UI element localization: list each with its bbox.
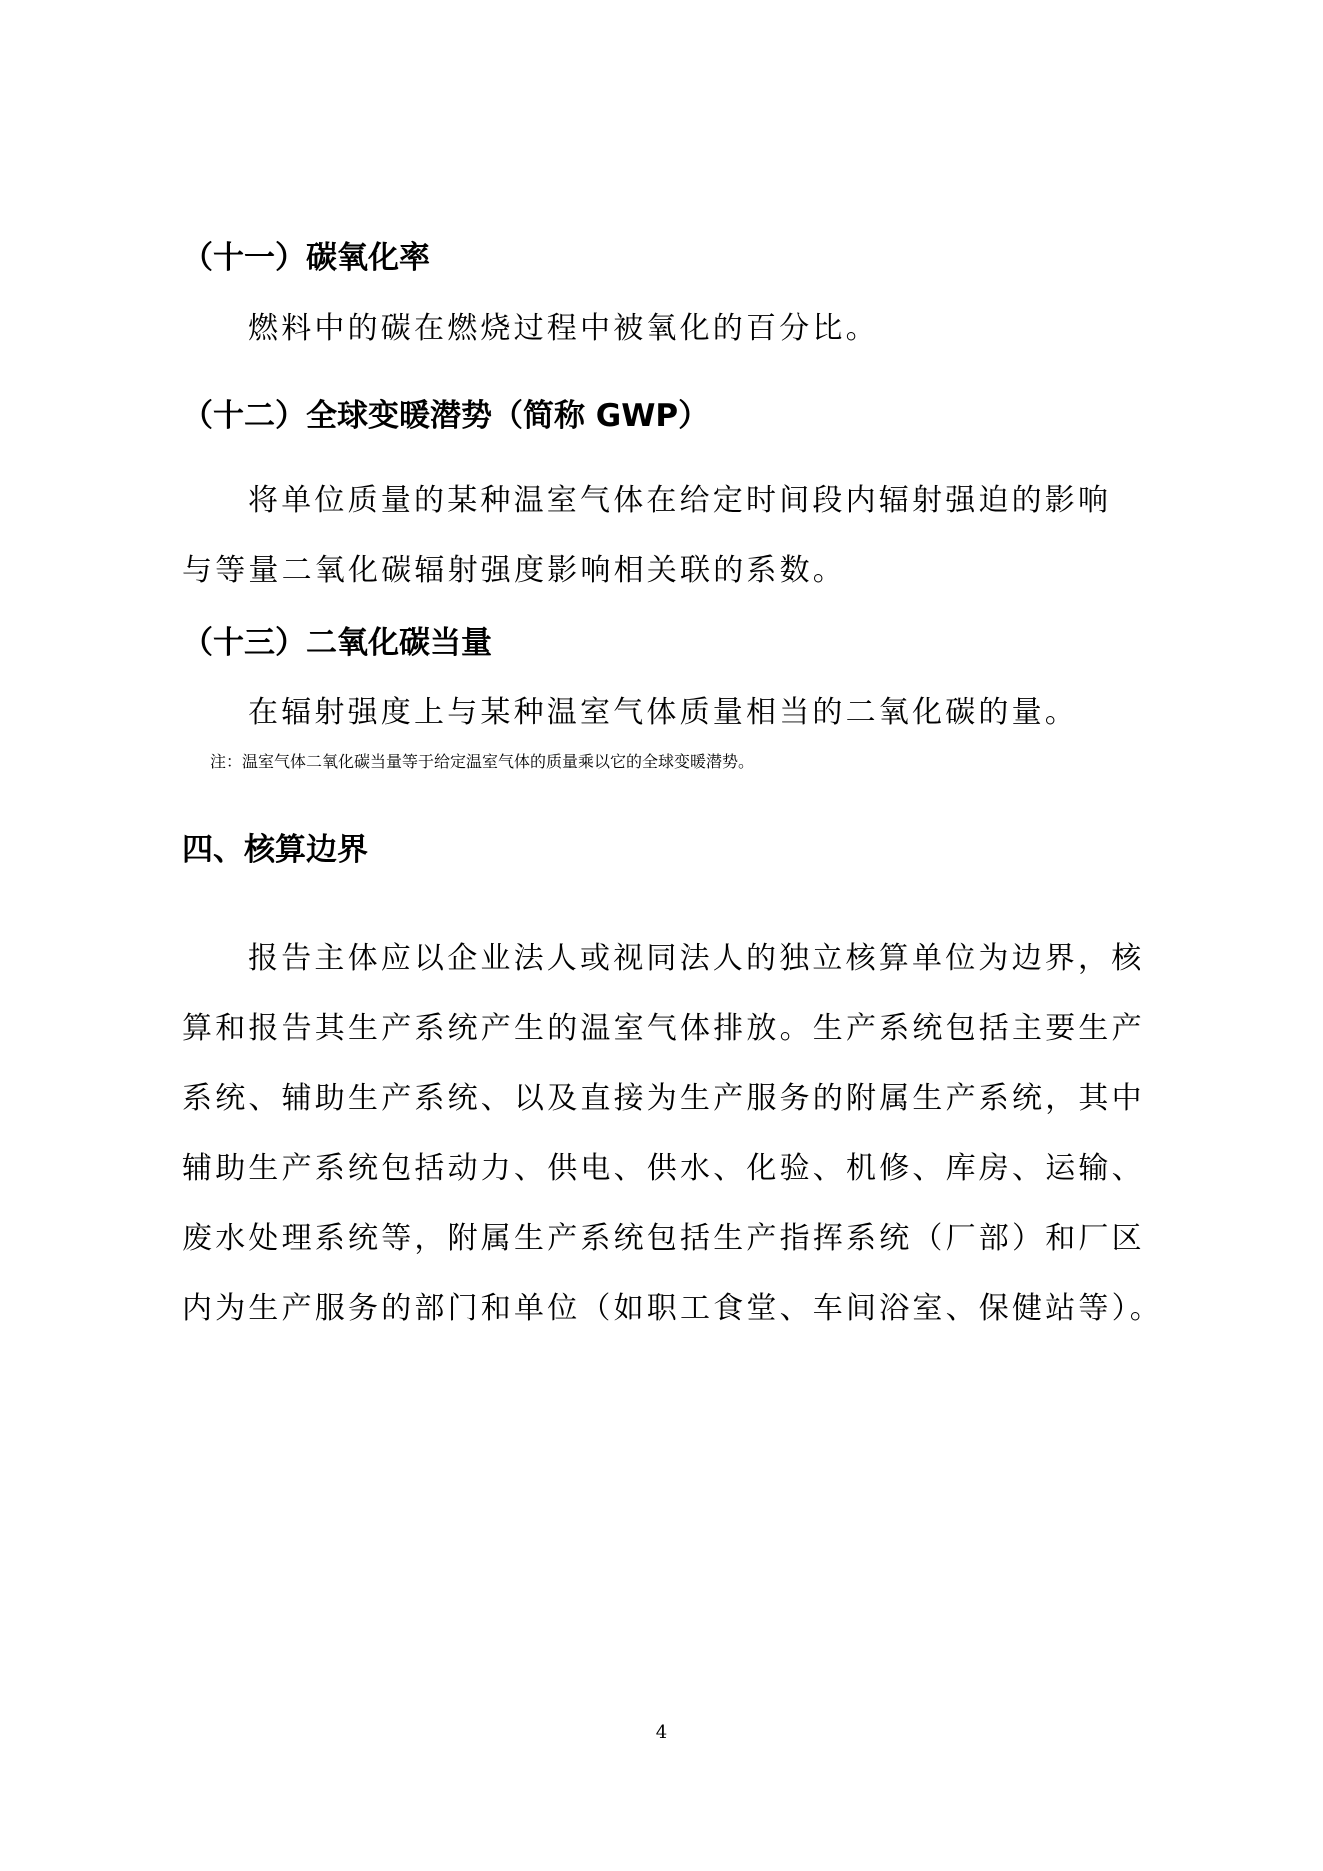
paragraph-line: 与等量二氧化碳辐射强度影响相关联的系数。 <box>182 545 846 589</box>
page-number: 4 <box>0 1722 1323 1743</box>
paragraph-line: 内为生产服务的部门和单位（如职工食堂、车间浴室、保健站等）。 <box>182 1283 1163 1327</box>
paragraph-line: 燃料中的碳在燃烧过程中被氧化的百分比。 <box>248 303 879 347</box>
paragraph-line: 将单位质量的某种温室气体在给定时间段内辐射强迫的影响 <box>248 475 1111 519</box>
paragraph-line: 报告主体应以企业法人或视同法人的独立核算单位为边界，核 <box>248 933 1144 977</box>
section-heading-13: （十三）二氧化碳当量 <box>182 617 492 662</box>
section-heading-12: （十二）全球变暖潜势（简称 GWP） <box>182 390 709 435</box>
paragraph-line: 在辐射强度上与某种温室气体质量相当的二氧化碳的量。 <box>248 687 1078 731</box>
section-heading-11: （十一）碳氧化率 <box>182 232 430 277</box>
chapter-heading: 四、核算边界 <box>182 824 368 869</box>
paragraph-line: 废水处理系统等，附属生产系统包括生产指挥系统（厂部）和厂区 <box>182 1213 1145 1257</box>
note: 注：温室气体二氧化碳当量等于给定温室气体的质量乘以它的全球变暖潜势。 <box>210 749 754 772</box>
paragraph-line: 辅助生产系统包括动力、供电、供水、化验、机修、库房、运输、 <box>182 1143 1145 1187</box>
paragraph-line: 系统、辅助生产系统、以及直接为生产服务的附属生产系统，其中 <box>182 1073 1145 1117</box>
paragraph-line: 算和报告其生产系统产生的温室气体排放。生产系统包括主要生产 <box>182 1003 1145 1047</box>
